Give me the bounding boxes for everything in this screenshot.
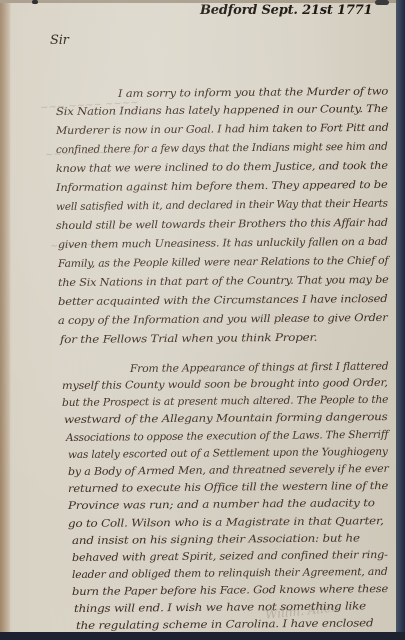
letter-line: better acquainted with the Circumstances… xyxy=(58,293,388,308)
letter-line: Information against him before them. The… xyxy=(56,179,388,194)
letter-line: things will end. I wish we have not some… xyxy=(74,600,366,615)
letter-line: but the Prospect is at present much alte… xyxy=(62,394,388,409)
ink-blot xyxy=(32,0,38,4)
letter-line: well satisfied with it, and declared in … xyxy=(56,198,388,213)
letter-line: Province was run; and a number had the a… xyxy=(68,497,375,512)
letter-line: returned to execute his Office till the … xyxy=(68,480,388,495)
letter-line: was lately escorted out of a Settlement … xyxy=(68,446,388,461)
letter-line: burn the Paper before his Face. God know… xyxy=(72,583,388,598)
letter-line: Associations to oppose the execution of … xyxy=(66,429,388,444)
scan-border-bottom xyxy=(0,632,405,640)
letter-line: Six Nation Indians has lately happened i… xyxy=(56,103,388,118)
letter-line: leader and obliged them to relinquish th… xyxy=(72,566,388,581)
letter-line: confined there for a few days that the I… xyxy=(56,141,388,156)
letter-line: behaved with great Spirit, seized and co… xyxy=(72,549,388,564)
letter-line: the regulating scheme in Carolina. I hav… xyxy=(76,617,373,632)
letter-line: should still be well towards their Broth… xyxy=(56,217,388,232)
letter-line: for the Fellows Trial when you think Pro… xyxy=(60,332,317,346)
letter-line: go to Coll. Wilson who is a Magistrate i… xyxy=(68,515,384,530)
letter-line: westward of the Allegany Mountain formin… xyxy=(64,411,388,426)
letter-line: know that we were inclined to do them Ju… xyxy=(56,160,388,175)
letter-line: Family, as the People killed were near R… xyxy=(58,255,388,270)
ink-blot xyxy=(375,0,389,5)
letter-line: given them much Uneasiness. It has unluc… xyxy=(58,236,388,251)
letter-page: Bedford Sept. 21st 1771 Sir ~~~ ~~~~ ~~~… xyxy=(0,0,396,632)
letter-line: myself this County would soon be brought… xyxy=(62,377,388,392)
letter-line: From the Appearance of things at first I… xyxy=(130,360,389,375)
letter-line: by a Body of Armed Men, and threatned se… xyxy=(68,463,389,478)
scan-border-right xyxy=(396,0,405,640)
letter-line: Murderer is now in our Goal. I had him t… xyxy=(56,122,389,137)
letter-line: a copy of the Information and you will p… xyxy=(58,312,388,327)
letter-line: and insist on his signing their Associat… xyxy=(72,532,360,547)
letter-date: Bedford Sept. 21st 1771 xyxy=(200,3,372,18)
letter-line: the Six Nations in that part of the Coun… xyxy=(58,274,389,289)
letter-salutation: Sir xyxy=(50,33,69,48)
letter-line: I am sorry to inform you that the Murder… xyxy=(118,85,388,100)
